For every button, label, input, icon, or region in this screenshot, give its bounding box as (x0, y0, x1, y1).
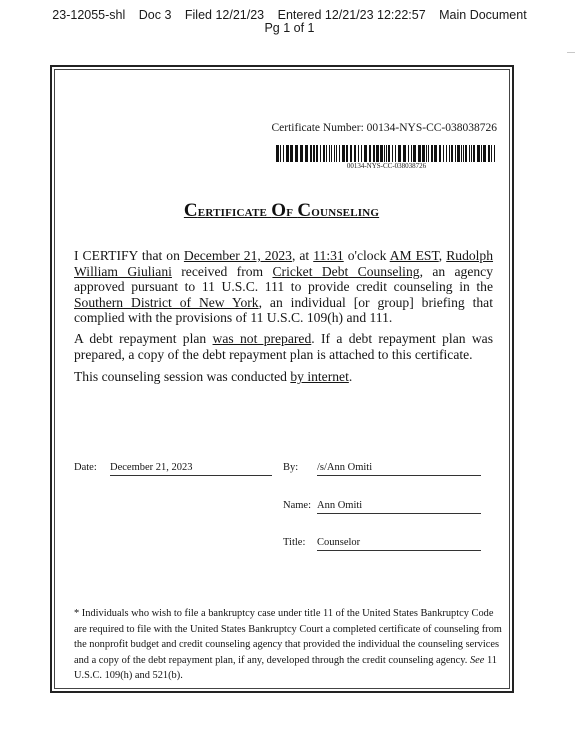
barcode-bar (386, 145, 387, 162)
certificate-title: Certificate Of Counseling (0, 200, 563, 222)
footnote-text: * Individuals who wish to file a bankrup… (74, 608, 502, 666)
barcode-bar (413, 145, 416, 162)
session-timezone: AM EST (390, 248, 439, 263)
barcode-bar (310, 145, 312, 162)
barcode-bar (276, 145, 279, 162)
barcode-bar (380, 145, 383, 162)
signature-value: /s/Ann Omiti (317, 462, 372, 473)
text: This counseling session was conducted (74, 369, 290, 384)
docket-header: 23-12055-shl Doc 3 Filed 12/21/23 Entere… (0, 9, 579, 35)
by-label: By: (283, 462, 298, 473)
barcode-bar (473, 145, 475, 162)
barcode-bar (336, 145, 337, 162)
barcode-bar (350, 145, 352, 162)
page-number: Pg 1 of 1 (0, 22, 579, 35)
scan-artifact (567, 52, 575, 53)
name-value: Ann Omiti (317, 500, 362, 511)
barcode-bar (469, 145, 470, 162)
barcode-bar (461, 145, 462, 162)
barcode-bar (342, 145, 345, 162)
barcode-bar (300, 145, 303, 162)
text: , at (292, 248, 313, 263)
barcode-bar (481, 145, 482, 162)
barcode-bar (339, 145, 340, 162)
barcode-bar (354, 145, 356, 162)
title-field: Title: Counselor (283, 537, 483, 553)
barcode-bar (326, 145, 327, 162)
barcode-bar (465, 145, 467, 162)
barcode-bar (369, 145, 371, 162)
barcode-bar (408, 145, 409, 162)
district-name: Southern District of New York (74, 295, 259, 310)
barcode-bar (329, 145, 330, 162)
date-label: Date: (74, 462, 97, 473)
title-initial: O (271, 200, 286, 221)
session-method-paragraph: This counseling session was conducted by… (74, 369, 493, 385)
barcode-bar (439, 145, 441, 162)
barcode-bar (313, 145, 315, 162)
barcode-bar (331, 145, 332, 162)
barcode-bar (457, 145, 460, 162)
date-value-line: December 21, 2023 (110, 462, 272, 476)
session-time: 11:31 (313, 248, 343, 263)
barcode-bar (398, 145, 401, 162)
text: . (349, 369, 352, 384)
certification-paragraph: I CERTIFY that on December 21, 2023, at … (74, 248, 493, 326)
certificate-number: Certificate Number: 00134-NYS-CC-0380387… (260, 122, 497, 134)
title-value: Counselor (317, 537, 360, 548)
title-rest: ounseling (311, 203, 379, 220)
barcode-bar (411, 145, 412, 162)
barcode-bar (392, 145, 393, 162)
barcode-bar (443, 145, 444, 162)
title-initial: C (297, 200, 311, 221)
barcode-bar (491, 145, 492, 162)
name-label: Name: (283, 500, 311, 511)
barcode-bar (373, 145, 375, 162)
barcode-bar (422, 145, 425, 162)
case-number: 23-12055-shl (52, 8, 125, 22)
title-label: Title: (283, 537, 305, 548)
barcode-bar (471, 145, 472, 162)
footnote-see: See (470, 655, 484, 666)
text: I CERTIFY that on (74, 248, 184, 263)
date-field: Date: December 21, 2023 (74, 462, 274, 478)
filed-date: Filed 12/21/23 (185, 8, 264, 22)
barcode-bar (483, 145, 486, 162)
barcode-bar (305, 145, 308, 162)
barcode-bar (395, 145, 396, 162)
title-rest: ertificate (198, 203, 271, 220)
date-value: December 21, 2023 (110, 462, 193, 473)
barcode-bar (283, 145, 284, 162)
barcode-bar (295, 145, 298, 162)
barcode-bar (320, 145, 321, 162)
name-field: Name: Ann Omiti (283, 500, 483, 516)
barcode-caption: 00134-NYS-CC-038038726 (276, 162, 497, 170)
barcode-bar (463, 145, 464, 162)
title-rest: f (286, 203, 297, 220)
barcode-bar (280, 145, 281, 162)
barcode-bar (403, 145, 406, 162)
barcode-bar (388, 145, 390, 162)
title-value-line: Counselor (317, 537, 481, 551)
doc-number: Doc 3 (139, 8, 172, 22)
name-value-line: Ann Omiti (317, 500, 481, 514)
barcode-bar (346, 145, 348, 162)
barcode-bar (364, 145, 367, 162)
barcode (276, 145, 497, 162)
barcode-bar (358, 145, 359, 162)
barcode-bar (376, 145, 379, 162)
barcode-bar (477, 145, 480, 162)
barcode-bar (323, 145, 325, 162)
barcode-bar (286, 145, 289, 162)
barcode-bar (361, 145, 362, 162)
plan-status: was not prepared (213, 331, 312, 346)
barcode-bar (434, 145, 437, 162)
text: o'clock (344, 248, 390, 263)
text: received from (172, 264, 273, 279)
title-initial: C (184, 200, 198, 221)
barcode-bar (384, 145, 385, 162)
repayment-plan-paragraph: A debt repayment plan was not prepared. … (74, 331, 493, 362)
barcode-bar (449, 145, 450, 162)
barcode-bar (290, 145, 293, 162)
barcode-bar (455, 145, 456, 162)
text: A debt repayment plan (74, 331, 213, 346)
barcode-bar (418, 145, 421, 162)
footnote: * Individuals who wish to file a bankrup… (74, 606, 504, 684)
session-method: by internet (290, 369, 349, 384)
doc-type: Main Document (439, 8, 527, 22)
entered-date: Entered 12/21/23 12:22:57 (278, 8, 426, 22)
barcode-bar (451, 145, 453, 162)
session-date: December 21, 2023 (184, 248, 292, 263)
barcode-bar (428, 145, 429, 162)
barcode-bar (446, 145, 447, 162)
barcode-bar (494, 145, 495, 162)
agency-name: Cricket Debt Counseling (272, 264, 419, 279)
barcode-bar (334, 145, 335, 162)
barcode-bar (426, 145, 427, 162)
barcode-bar (488, 145, 490, 162)
barcode-bar (431, 145, 433, 162)
by-value-line: /s/Ann Omiti (317, 462, 481, 476)
barcode-bar (316, 145, 318, 162)
by-field: By: /s/Ann Omiti (283, 462, 483, 478)
